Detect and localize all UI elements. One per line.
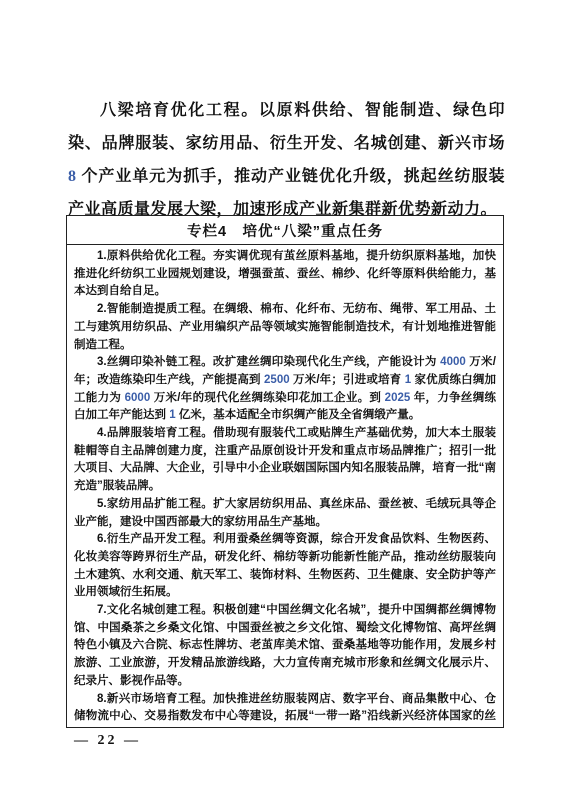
- box-title: 专栏4 培优“八梁”重点任务: [67, 216, 503, 245]
- document-page: 八梁培育优化工程。以原料供给、智能制造、绿色印染、品牌服装、家纺用品、衍生开发、…: [0, 0, 570, 806]
- box-item-paragraph: 5.家纺用品扩能工程。扩大家居纺织用品、真丝床品、蚕丝被、毛绒玩具等企业产能，建…: [74, 496, 496, 531]
- intro-paragraph: 八梁培育优化工程。以原料供给、智能制造、绿色印染、品牌服装、家纺用品、衍生开发、…: [68, 94, 505, 226]
- box-item-paragraph: 4.品牌服装培育工程。借助现有服装代工或贴牌生产基础优势，加大本土服装鞋帽等自主…: [74, 425, 496, 496]
- box-item-paragraph: 6.衍生产品开发工程。利用蚕桑丝绸等资源，综合开发食品饮料、生物医药、化妆美容等…: [74, 531, 496, 602]
- page-number: — 22 —: [74, 733, 141, 749]
- box-item-paragraph: 8.新兴市场培育工程。加快推进丝纺服装网店、数字平台、商品集散中心、仓储物流中心…: [74, 691, 496, 728]
- box-item-paragraph: 3.丝绸印染补链工程。改扩建丝绸印染现代化生产线，产能设计为 4000 万米/年…: [74, 354, 496, 425]
- box-item-paragraph: 1.原料供给优化工程。夯实调优现有茧丝原料基地，提升纺织原料基地，加快推进化纤纺…: [74, 248, 496, 301]
- box-body: 1.原料供给优化工程。夯实调优现有茧丝原料基地，提升纺织原料基地，加快推进化纤纺…: [67, 245, 503, 728]
- box-item-paragraph: 7.文化名城创建工程。积极创建“中国丝绸文化名城”，提升中国绸都丝绸博物馆、中国…: [74, 602, 496, 691]
- box-item-paragraph: 2.智能制造提质工程。在绸缎、棉布、化纤布、无纺布、绳带、军工用品、土工与建筑用…: [74, 301, 496, 354]
- special-column-box: 专栏4 培优“八梁”重点任务 1.原料供给优化工程。夯实调优现有茧丝原料基地，提…: [66, 215, 504, 728]
